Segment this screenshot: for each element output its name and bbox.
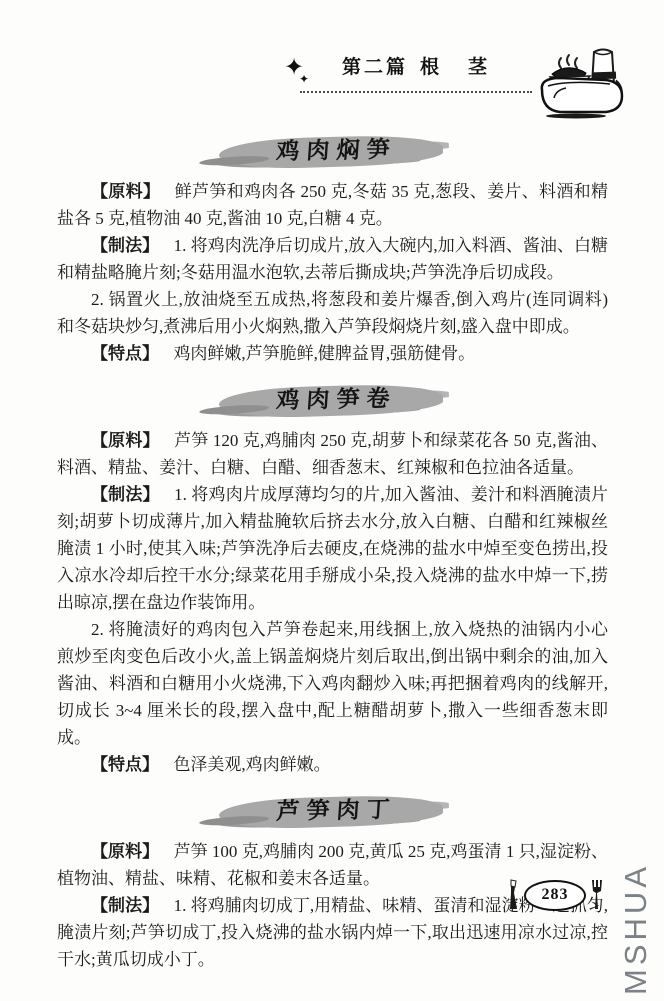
recipe-title-banner: 鸡肉焖笋 [233, 131, 433, 169]
chapter-word-1: 根 [420, 57, 442, 78]
recipe-paragraph: 【原料】鲜芦笋和鸡肉各 250 克,冬菇 35 克,葱段、姜片、料酒和精盐各 5… [57, 178, 608, 232]
book-page: ✦ ✦ 第二篇根茎 [0, 0, 664, 1001]
recipe-paragraph: 【原料】芦笋 120 克,鸡脯肉 250 克,胡萝卜和绿菜花各 50 克,酱油、… [57, 427, 608, 481]
paragraph-text: 色泽美观,鸡肉鲜嫩。 [173, 755, 330, 774]
chapter-title: 第二篇根茎 [300, 52, 532, 79]
recipe-title: 鸡肉笋卷 [231, 378, 434, 419]
paragraph-text: 鸡肉鲜嫩,芦笋脆鲜,健脾益胃,强筋健骨。 [173, 344, 475, 363]
recipe-paragraph: 【制法】1. 将鸡肉片成厚薄均匀的片,加入酱油、姜汁和料酒腌渍片刻;胡萝卜切成薄… [57, 481, 608, 616]
section-label: 【原料】 [91, 182, 160, 201]
recipe-paragraph: 【特点】鸡肉鲜嫩,芦笋脆鲜,健脾益胃,强筋健骨。 [57, 340, 608, 367]
knife-icon [506, 879, 521, 911]
section-label: 【制法】 [91, 236, 159, 255]
recipe-title: 芦笋肉丁 [231, 789, 434, 830]
recipe-section: 鸡肉焖笋 【原料】鲜芦笋和鸡肉各 250 克,冬菇 35 克,葱段、姜片、料酒和… [57, 131, 608, 367]
section-label: 【特点】 [91, 755, 159, 774]
section-label: 【原料】 [91, 842, 159, 861]
page-header: ✦ ✦ 第二篇根茎 [0, 48, 664, 120]
fork-icon [589, 879, 604, 911]
watermark: MSHUA [618, 863, 654, 995]
page-content: 鸡肉焖笋 【原料】鲜芦笋和鸡肉各 250 克,冬菇 35 克,葱段、姜片、料酒和… [57, 118, 608, 973]
section-label: 【原料】 [91, 431, 160, 450]
section-label: 【制法】 [91, 896, 159, 915]
recipe-paragraph: 2. 锅置火上,放油烧至五成热,将葱段和姜片爆香,倒入鸡片(连同调料)和冬菇块炒… [57, 286, 608, 340]
recipe-title-banner: 鸡肉笋卷 [233, 380, 433, 418]
recipe-paragraph: 2. 将腌渍好的鸡肉包入芦笋卷起来,用线捆上,放入烧热的油锅内小心煎炒至肉变色后… [57, 616, 608, 751]
cooking-pot-icon [528, 46, 632, 124]
page-number-plate: 283 [524, 880, 586, 911]
recipe-section: 鸡肉笋卷 【原料】芦笋 120 克,鸡脯肉 250 克,胡萝卜和绿菜花各 50 … [57, 380, 608, 778]
chapter-header: 第二篇根茎 [300, 52, 532, 93]
paragraph-text: 2. 将腌渍好的鸡肉包入芦笋卷起来,用线捆上,放入烧热的油锅内小心煎炒至肉变色后… [57, 620, 608, 747]
chapter-word-2: 茎 [468, 57, 490, 78]
page-number: 283 [542, 886, 569, 904]
section-label: 【特点】 [91, 344, 159, 363]
recipe-title: 鸡肉焖笋 [231, 129, 434, 170]
recipe-title-banner: 芦笋肉丁 [233, 791, 433, 829]
page-number-badge: 283 [506, 879, 604, 911]
recipe-paragraph: 【特点】色泽美观,鸡肉鲜嫩。 [57, 751, 608, 778]
section-label: 【制法】 [91, 485, 160, 504]
paragraph-text: 2. 锅置火上,放油烧至五成热,将葱段和姜片爆香,倒入鸡片(连同调料)和冬菇块炒… [57, 290, 608, 336]
chapter-part-label: 第二篇 [342, 57, 408, 78]
recipe-paragraph: 【制法】1. 将鸡肉洗净后切成片,放入大碗内,加入料酒、酱油、白糖和精盐略腌片刻… [57, 232, 608, 286]
paragraph-text: 1. 将鸡肉片成厚薄均匀的片,加入酱油、姜汁和料酒腌渍片刻;胡萝卜切成薄片,加入… [57, 485, 608, 612]
